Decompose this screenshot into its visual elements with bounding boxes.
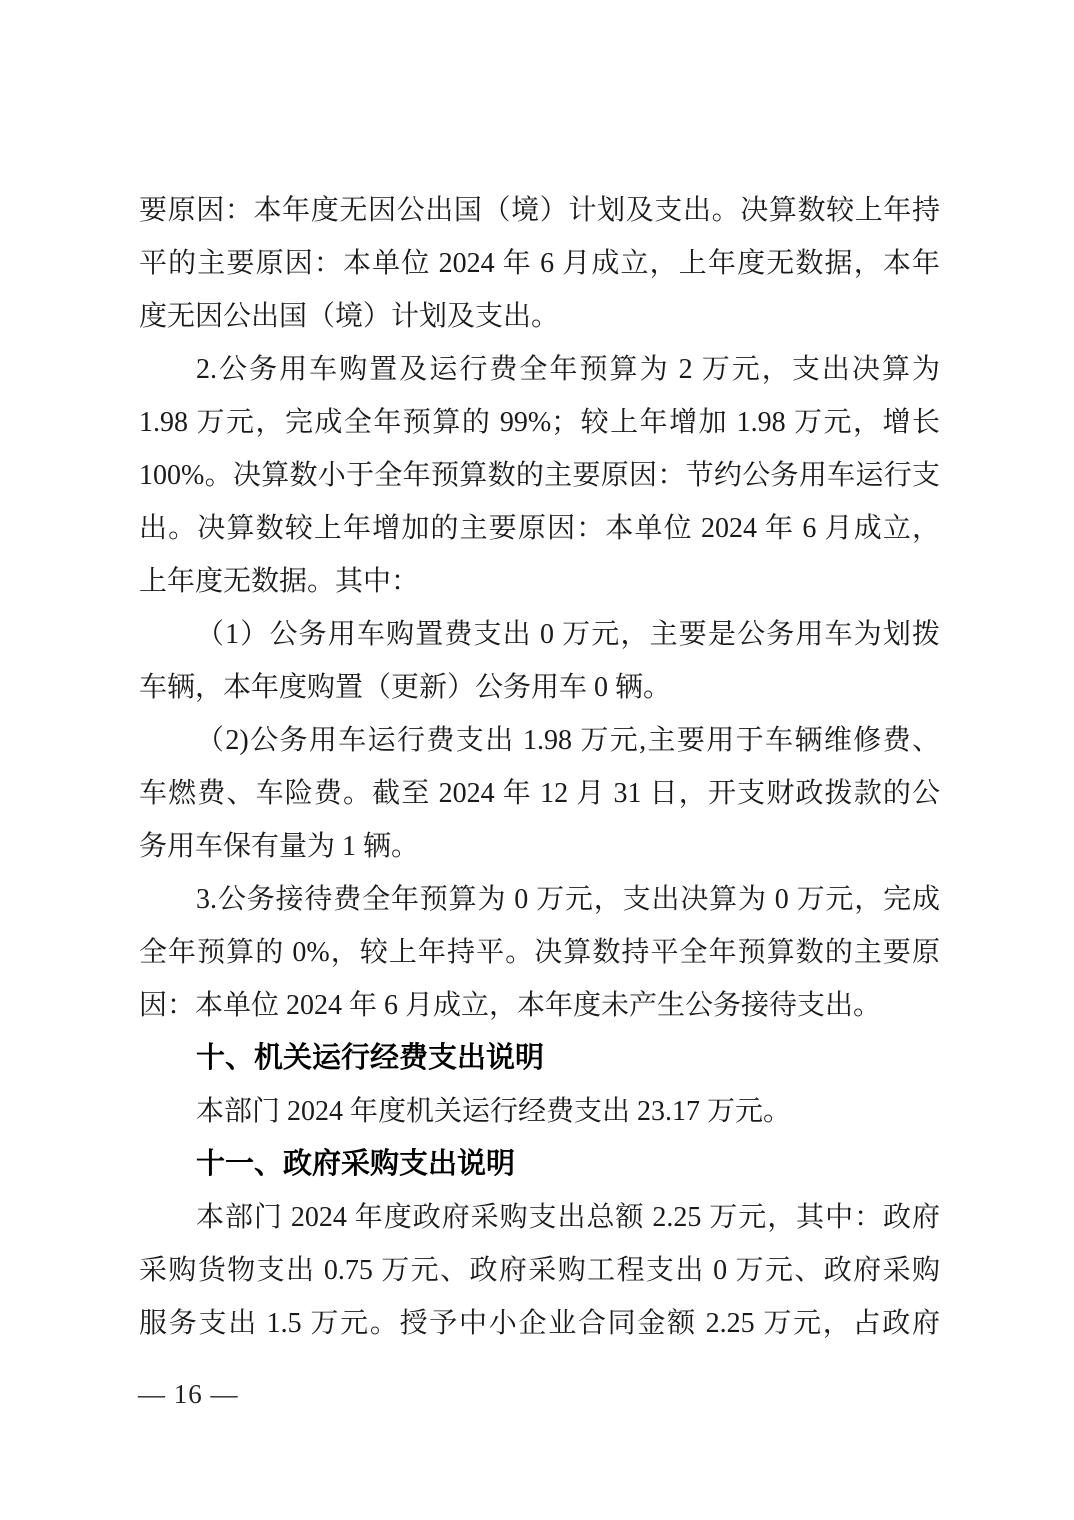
text-line: 度无因公出国（境）计划及支出。	[139, 290, 940, 343]
text-line: 3.公务接待费全年预算为 0 万元，支出决算为 0 万元，完成	[139, 873, 940, 926]
section-heading-10: 十、机关运行经费支出说明	[139, 1032, 940, 1085]
text-line: （1）公务用车购置费支出 0 万元，主要是公务用车为划拨	[139, 608, 940, 661]
text-line: 100%。决算数小于全年预算数的主要原因：节约公务用车运行支	[139, 449, 940, 502]
text-line: 要原因：本年度无因公出国（境）计划及支出。决算数较上年持	[139, 184, 940, 237]
text-line: 务用车保有量为 1 辆。	[139, 820, 940, 873]
text-line: 因：本单位 2024 年 6 月成立，本年度未产生公务接待支出。	[139, 979, 940, 1032]
text-line: （2)公务用车运行费支出 1.98 万元,主要用于车辆维修费、	[139, 714, 940, 767]
text-line: 车辆，本年度购置（更新）公务用车 0 辆。	[139, 661, 940, 714]
text-line: 上年度无数据。其中：	[139, 555, 940, 608]
document-page: 要原因：本年度无因公出国（境）计划及支出。决算数较上年持 平的主要原因：本单位 …	[0, 0, 1074, 1520]
section-heading-11: 十一、政府采购支出说明	[139, 1138, 940, 1191]
text-line: 出。决算数较上年增加的主要原因：本单位 2024 年 6 月成立，	[139, 502, 940, 555]
document-body: 要原因：本年度无因公出国（境）计划及支出。决算数较上年持 平的主要原因：本单位 …	[139, 184, 940, 1350]
text-line: 平的主要原因：本单位 2024 年 6 月成立，上年度无数据，本年	[139, 237, 940, 290]
text-line: 本部门 2024 年度政府采购支出总额 2.25 万元，其中：政府	[139, 1191, 940, 1244]
text-line: 车燃费、车险费。截至 2024 年 12 月 31 日，开支财政拨款的公	[139, 767, 940, 820]
text-line: 本部门 2024 年度机关运行经费支出 23.17 万元。	[139, 1085, 940, 1138]
text-line: 2.公务用车购置及运行费全年预算为 2 万元，支出决算为	[139, 343, 940, 396]
text-line: 1.98 万元，完成全年预算的 99%；较上年增加 1.98 万元，增长	[139, 396, 940, 449]
page-number: — 16 —	[138, 1368, 239, 1421]
text-line: 全年预算的 0%，较上年持平。决算数持平全年预算数的主要原	[139, 926, 940, 979]
text-line: 采购货物支出 0.75 万元、政府采购工程支出 0 万元、政府采购	[139, 1244, 940, 1297]
text-line: 服务支出 1.5 万元。授予中小企业合同金额 2.25 万元，占政府	[139, 1297, 940, 1350]
